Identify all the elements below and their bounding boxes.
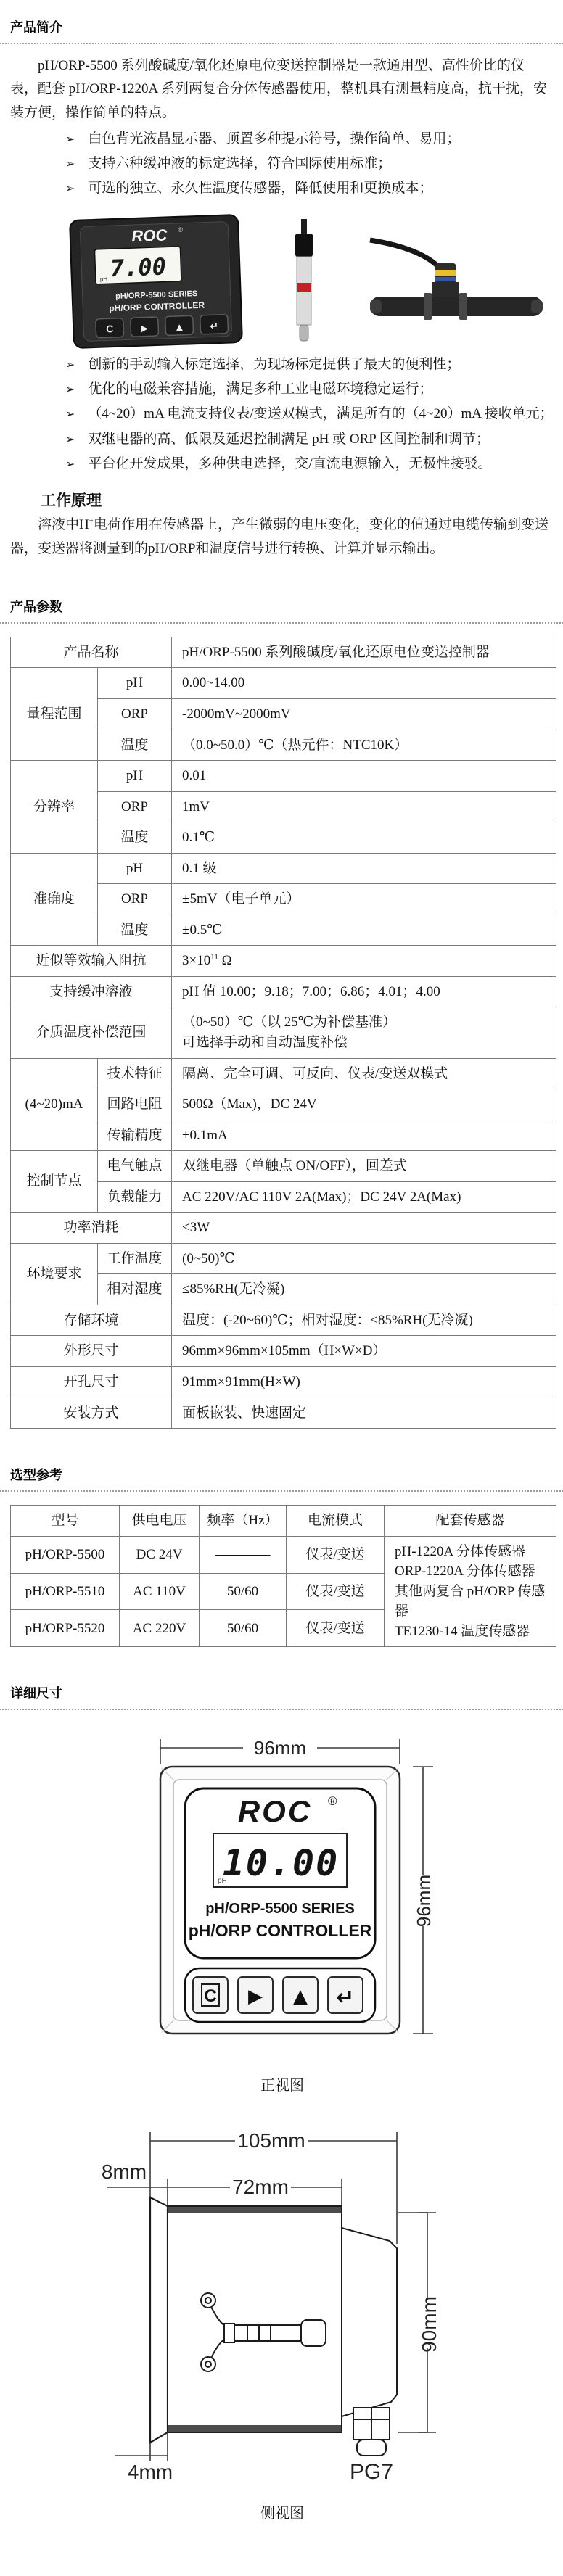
param-value: ≤85%RH(无冷凝) — [172, 1274, 556, 1305]
mode-cell: 仪表/变送 — [287, 1536, 385, 1573]
model-cell: pH/ORP-5520 — [11, 1610, 120, 1647]
sensor-option: ORP-1220A 分体传感器 — [395, 1561, 550, 1582]
mode-cell: 仪表/变送 — [287, 1610, 385, 1647]
feature-text: 平台化开发成果，多种供电选择，交/直流电源输入，无极性接驳。 — [88, 456, 491, 471]
principle-text: 溶液中H — [38, 517, 89, 532]
table-row: 介质温度补偿范围 （0~50）℃（以 25℃为补偿基准）可选择手动和自动温度补偿 — [11, 1007, 556, 1058]
frequency-cell: 50/60 — [200, 1610, 287, 1647]
table-row: 支持缓冲溶液 pH 值 10.00；9.18；7.00；6.86；4.01；4.… — [11, 976, 556, 1007]
feature-text: 优化的电磁兼容措施，满足多种工业电磁环境稳定运行； — [88, 381, 432, 397]
section-params: 产品参数 产品名称 pH/ORP-5500 系列酸碱度/氧化还原电位变送控制器 … — [9, 594, 556, 1429]
cable-gland — [353, 2408, 390, 2456]
param-key: 温度 — [98, 730, 172, 761]
section-intro: 产品简介 pH/ORP-5500 系列酸碱度/氧化还原电位变送控制器是一款通用型… — [9, 15, 556, 561]
working-principle-paragraph: 溶液中H+电荷作用在传感器上，产生微弱的电压变化，变化的值通过电缆传输到变送器，… — [10, 513, 551, 561]
side-view-caption: 侧视图 — [9, 2501, 556, 2522]
param-value: 3×1011 Ω — [172, 946, 556, 977]
photo-reg-mark: ® — [178, 226, 183, 233]
front-key-enter: ↵ — [336, 1985, 354, 2010]
param-value: 0.1 级 — [172, 853, 556, 884]
controller-photo: ROC ® 7.00 pH pH/ORP-5500 SERIES pH/ORP … — [67, 212, 244, 350]
column-header: 电流模式 — [287, 1506, 385, 1537]
impedance-exponent: 11 — [210, 953, 218, 962]
table-row: 量程范围 pH 0.00~14.00 — [11, 668, 556, 699]
param-key: pH — [98, 668, 172, 699]
photo-lcd-value: 7.00 — [110, 252, 166, 282]
intro-heading: 产品简介 — [0, 15, 563, 44]
arrow-bullet-icon: ➢ — [65, 130, 75, 149]
param-value: 1mV — [172, 791, 556, 822]
sensor-option: TE1230-14 温度传感器 — [395, 1622, 550, 1642]
frequency-cell: 50/60 — [200, 1573, 287, 1610]
param-key: 技术特征 — [98, 1058, 172, 1089]
photo-key-right: ▶ — [141, 323, 148, 333]
product-page: 产品简介 pH/ORP-5500 系列酸碱度/氧化还原电位变送控制器是一款通用型… — [0, 0, 563, 2576]
side-front-depth-label: 8mm — [102, 2160, 147, 2183]
param-key: 开孔尺寸 — [11, 1366, 172, 1398]
section-selection: 选型参考 型号 供电电压 频率（Hz） 电流模式 配套传感器 pH/ORP-55… — [9, 1462, 556, 1647]
arrow-bullet-icon: ➢ — [65, 430, 75, 450]
param-key: 工作温度 — [98, 1243, 172, 1274]
param-value: (0~50)℃ — [172, 1243, 556, 1274]
sensors-cell: pH-1220A 分体传感器 ORP-1220A 分体传感器 其他两复合 pH/… — [385, 1536, 556, 1647]
param-value: 双继电器（单触点 ON/OFF），回差式 — [172, 1151, 556, 1182]
front-logo: ROC — [238, 1794, 312, 1828]
feature-text: 可选的独立、永久性温度传感器，降低使用和更换成本； — [88, 181, 432, 196]
table-row: (4~20)mA 技术特征 隔离、完全可调、可反向、仪表/变送双模式 — [11, 1058, 556, 1089]
arrow-bullet-icon: ➢ — [65, 405, 75, 424]
param-key: 传输精度 — [98, 1120, 172, 1151]
param-key: 温度 — [98, 822, 172, 854]
impedance-unit: Ω — [218, 953, 232, 968]
photo-logo: ROC — [131, 226, 168, 245]
frequency-cell: ———— — [200, 1536, 287, 1573]
param-key: 产品名称 — [11, 637, 172, 668]
table-row: 功率消耗 <3W — [11, 1213, 556, 1244]
table-header-row: 型号 供电电压 频率（Hz） 电流模式 配套传感器 — [11, 1506, 556, 1537]
model-cell: pH/ORP-5510 — [11, 1573, 120, 1610]
param-key: ORP — [98, 791, 172, 822]
compensation-line2: 可选择手动和自动温度补偿 — [182, 1033, 550, 1053]
table-row: 控制节点 电气触点 双继电器（单触点 ON/OFF），回差式 — [11, 1151, 556, 1182]
table-row: 环境要求 工作温度 (0~50)℃ — [11, 1243, 556, 1274]
front-view-drawing: 96mm ROC ® 10.00 pH pH/ORP-5500 SERIES p… — [108, 1732, 456, 2065]
front-series-line1: pH/ORP-5500 SERIES — [205, 1901, 355, 1917]
param-value: ±5mV（电子单元） — [172, 884, 556, 915]
param-value: 0.00~14.00 — [172, 668, 556, 699]
column-header: 配套传感器 — [385, 1506, 556, 1537]
front-lcd-unit: pH — [218, 1877, 227, 1885]
feature-item: ➢创新的手动输入标定选择，为现场标定提供了最大的便利性； — [36, 353, 556, 376]
feature-list-top: ➢白色背光液晶显示器、顶置多种提示符号，操作简单、易用； ➢支持六种缓冲液的标定… — [9, 128, 556, 201]
param-key: 电气触点 — [98, 1151, 172, 1182]
param-key: ORP — [98, 698, 172, 730]
param-value: 温度：(-20~60)℃；相对湿度：≤85%RH(无冷凝) — [172, 1305, 556, 1336]
photo-key-enter: ↵ — [210, 321, 218, 332]
front-view-caption: 正视图 — [9, 2073, 556, 2094]
table-row: 存储环境 温度：(-20~60)℃；相对湿度：≤85%RH(无冷凝) — [11, 1305, 556, 1336]
tee-sensor-photo — [366, 236, 547, 327]
column-header: 型号 — [11, 1506, 120, 1537]
param-key: 温度 — [98, 915, 172, 946]
param-value: AC 220V/AC 110V 2A(Max)；DC 24V 2A(Max) — [172, 1181, 556, 1213]
front-key-up: ▲ — [293, 1986, 308, 2007]
arrow-bullet-icon: ➢ — [65, 154, 75, 174]
param-group: 准确度 — [11, 853, 98, 946]
param-key: pH — [98, 853, 172, 884]
sensor-option: 其他两复合 pH/ORP 传感器 — [395, 1582, 550, 1622]
sensor-photo — [284, 219, 324, 344]
param-value: （0.0~50.0）℃（热元件：NTC10K） — [172, 730, 556, 761]
selection-heading: 选型参考 — [0, 1462, 563, 1492]
params-heading: 产品参数 — [0, 594, 563, 624]
arrow-bullet-icon: ➢ — [65, 455, 75, 474]
intro-paragraph: pH/ORP-5500 系列酸碱度/氧化还原电位变送控制器是一款通用型、高性价比… — [10, 54, 551, 125]
param-value: 91mm×91mm(H×W) — [172, 1366, 556, 1398]
param-key: ORP — [98, 884, 172, 915]
dimensions-heading: 详细尺寸 — [0, 1680, 563, 1710]
feature-item: ➢双继电器的高、低限及延迟控制满足 pH 或 ORP 区间控制和调节； — [36, 428, 556, 451]
param-value: ±0.5℃ — [172, 915, 556, 946]
front-key-clear: C — [204, 1986, 216, 2006]
feature-item: ➢平台化开发成果，多种供电选择，交/直流电源输入，无极性接驳。 — [36, 453, 556, 476]
photo-key-clear: C — [106, 323, 114, 334]
param-value: ±0.1mA — [172, 1120, 556, 1151]
front-height-label: 96mm — [413, 1875, 435, 1927]
param-key: 负载能力 — [98, 1181, 172, 1213]
side-height-label: 90mm — [418, 2296, 440, 2353]
param-key: 存储环境 — [11, 1305, 172, 1336]
compensation-line1: （0~50）℃（以 25℃为补偿基准） — [182, 1012, 550, 1033]
working-principle-heading: 工作原理 — [41, 489, 556, 511]
params-table: 产品名称 pH/ORP-5500 系列酸碱度/氧化还原电位变送控制器 量程范围 … — [10, 637, 556, 1429]
photo-lcd-unit: pH — [100, 276, 108, 282]
param-value: 面板嵌装、快速固定 — [172, 1398, 556, 1429]
param-value: （0~50）℃（以 25℃为补偿基准）可选择手动和自动温度补偿 — [172, 1007, 556, 1058]
feature-item: ➢（4~20）mA 电流支持仪表/变送双模式，满足所有的（4~20）mA 接收单… — [36, 402, 556, 426]
front-width-label: 96mm — [254, 1737, 306, 1759]
table-row: 准确度 pH 0.1 级 — [11, 853, 556, 884]
voltage-cell: AC 220V — [120, 1610, 200, 1647]
param-key: 功率消耗 — [11, 1213, 172, 1244]
arrow-bullet-icon: ➢ — [65, 355, 75, 375]
feature-text: 创新的手动输入标定选择，为现场标定提供了最大的便利性； — [88, 357, 460, 372]
table-row: 产品名称 pH/ORP-5500 系列酸碱度/氧化还原电位变送控制器 — [11, 637, 556, 668]
param-group: 量程范围 — [11, 668, 98, 761]
table-row: pH/ORP-5500 DC 24V ———— 仪表/变送 pH-1220A 分… — [11, 1536, 556, 1573]
voltage-cell: AC 110V — [120, 1573, 200, 1610]
product-photos: ROC ® 7.00 pH pH/ORP-5500 SERIES pH/ORP … — [70, 215, 556, 347]
param-value: 隔离、完全可调、可反向、仪表/变送双模式 — [172, 1058, 556, 1089]
param-key: 安装方式 — [11, 1398, 172, 1429]
param-key: 介质温度补偿范围 — [11, 1007, 172, 1058]
param-key: 回路电阻 — [98, 1089, 172, 1120]
param-key: 近似等效输入阻抗 — [11, 946, 172, 977]
side-view-drawing: 105mm 8mm 72mm — [86, 2119, 478, 2493]
selection-table: 型号 供电电压 频率（Hz） 电流模式 配套传感器 pH/ORP-5500 DC… — [10, 1505, 556, 1647]
table-row: 外形尺寸 96mm×96mm×105mm（H×W×D） — [11, 1336, 556, 1367]
param-value: 0.01 — [172, 761, 556, 792]
param-key: 支持缓冲溶液 — [11, 976, 172, 1007]
column-header: 供电电压 — [120, 1506, 200, 1537]
side-body-depth-label: 72mm — [232, 2176, 289, 2198]
param-key: 相对湿度 — [98, 1274, 172, 1305]
section-dimensions: 详细尺寸 96mm ROC ® — [9, 1680, 556, 2522]
photo-key-up: ▲ — [176, 322, 183, 332]
mode-cell: 仪表/变送 — [287, 1573, 385, 1610]
feature-text: 支持六种缓冲液的标定选择，符合国际使用标准； — [88, 156, 391, 171]
param-group: (4~20)mA — [11, 1058, 98, 1151]
column-header: 频率（Hz） — [200, 1506, 287, 1537]
front-series-line2: pH/ORP CONTROLLER — [189, 1921, 372, 1940]
side-total-label: 105mm — [237, 2129, 305, 2152]
arrow-bullet-icon: ➢ — [65, 380, 75, 400]
model-cell: pH/ORP-5500 — [11, 1536, 120, 1573]
table-row: 安装方式 面板嵌装、快速固定 — [11, 1398, 556, 1429]
param-group: 控制节点 — [11, 1151, 98, 1213]
gland-label: PG7 — [350, 2460, 393, 2484]
table-row: 分辨率 pH 0.01 — [11, 761, 556, 792]
feature-text: 双继电器的高、低限及延迟控制满足 pH 或 ORP 区间控制和调节； — [88, 432, 489, 447]
side-view-diagram: 105mm 8mm 72mm — [9, 2119, 556, 2522]
impedance-base: 3×10 — [182, 953, 210, 968]
feature-list-bottom: ➢创新的手动输入标定选择，为现场标定提供了最大的便利性； ➢优化的电磁兼容措施，… — [9, 353, 556, 476]
feature-item: ➢白色背光液晶显示器、顶置多种提示符号，操作简单、易用； — [36, 128, 556, 151]
param-value: 500Ω（Max)，DC 24V — [172, 1089, 556, 1120]
param-value: pH 值 10.00；9.18；7.00；6.86；4.01；4.00 — [172, 976, 556, 1007]
feature-text: （4~20）mA 电流支持仪表/变送双模式，满足所有的（4~20）mA 接收单元… — [88, 406, 553, 421]
param-key: pH — [98, 761, 172, 792]
param-value: 0.1℃ — [172, 822, 556, 854]
front-lcd-value: 10.00 — [223, 1842, 340, 1884]
feature-text: 白色背光液晶显示器、顶置多种提示符号，操作简单、易用； — [88, 131, 460, 146]
side-panel-label: 4mm — [128, 2461, 173, 2483]
voltage-cell: DC 24V — [120, 1536, 200, 1573]
param-value: -2000mV~2000mV — [172, 698, 556, 730]
param-value: pH/ORP-5500 系列酸碱度/氧化还原电位变送控制器 — [172, 637, 556, 668]
front-reg-mark: ® — [328, 1794, 337, 1808]
sensor-option: pH-1220A 分体传感器 — [395, 1542, 550, 1562]
front-view-diagram: 96mm ROC ® 10.00 pH pH/ORP-5500 SERIES p… — [9, 1732, 556, 2094]
param-group: 分辨率 — [11, 761, 98, 854]
feature-item: ➢优化的电磁兼容措施，满足多种工业电磁环境稳定运行； — [36, 378, 556, 401]
feature-item: ➢支持六种缓冲液的标定选择，符合国际使用标准； — [36, 152, 556, 176]
param-group: 环境要求 — [11, 1243, 98, 1305]
arrow-bullet-icon: ➢ — [65, 179, 75, 199]
param-value: <3W — [172, 1213, 556, 1244]
param-value: 96mm×96mm×105mm（H×W×D） — [172, 1336, 556, 1367]
param-key: 外形尺寸 — [11, 1336, 172, 1367]
table-row: 开孔尺寸 91mm×91mm(H×W) — [11, 1366, 556, 1398]
table-row: 近似等效输入阻抗 3×1011 Ω — [11, 946, 556, 977]
front-key-right: ▶ — [248, 1986, 263, 2007]
feature-item: ➢可选的独立、永久性温度传感器，降低使用和更换成本； — [36, 177, 556, 200]
